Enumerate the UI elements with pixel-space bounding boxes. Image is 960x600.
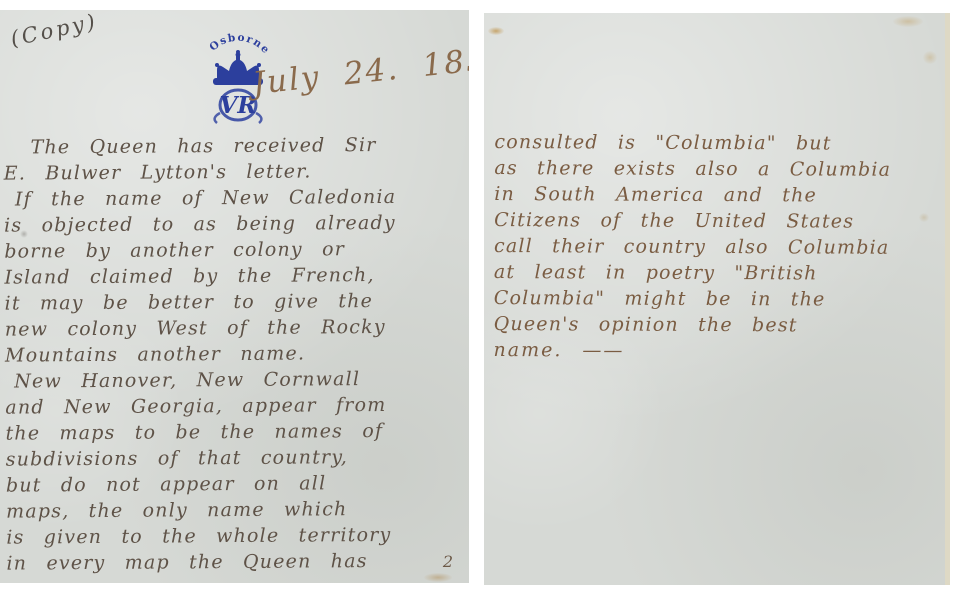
handwritten-line: new colony West of the Rocky xyxy=(0,313,469,342)
letter-page-1: (Copy) Osborne VR July 24. 1858. xyxy=(0,10,469,583)
handwritten-line: borne by another colony or xyxy=(0,235,468,264)
handwritten-line: but do not appear on all xyxy=(1,469,469,498)
handwritten-line: Queen's opinion the best xyxy=(484,311,945,339)
handwritten-line: maps, the only name which xyxy=(1,495,469,524)
handwritten-line: Island claimed by the French, xyxy=(0,261,469,290)
handwritten-line: name. —— xyxy=(484,337,945,365)
screenshot-root: { "letter": { "page1": { "copy_annotatio… xyxy=(0,0,960,600)
handwritten-line: in South America and the xyxy=(484,181,945,209)
handwritten-line: it may be better to give the xyxy=(0,287,469,316)
handwritten-line: Citizens of the United States xyxy=(484,207,945,235)
copy-annotation: (Copy) xyxy=(8,10,99,51)
letter-date: July 24. 1858. xyxy=(251,38,469,102)
foxing-spot xyxy=(20,230,28,238)
page-number-mark: 2 xyxy=(443,552,453,571)
handwritten-line: in every map the Queen has xyxy=(1,547,469,576)
svg-text:VR: VR xyxy=(220,92,257,119)
crest-place-text: Osborne xyxy=(207,32,272,57)
handwritten-line: E. Bulwer Lytton's letter. xyxy=(0,157,468,186)
handwritten-line: consulted is "Columbia" but xyxy=(484,129,945,157)
handwritten-line: New Hanover, New Cornwall xyxy=(0,365,469,394)
letter-page-2: consulted is "Columbia" but as there exi… xyxy=(484,13,950,585)
handwritten-line: If the name of New Caledonia xyxy=(0,183,468,212)
letter-body-page2: consulted is "Columbia" but as there exi… xyxy=(484,129,946,365)
foxing-spot xyxy=(923,51,937,64)
handwritten-line: and New Georgia, appear from xyxy=(0,391,469,420)
handwritten-line: Columbia" might be in the xyxy=(484,285,945,313)
handwritten-line: is given to the whole territory xyxy=(1,521,469,550)
handwritten-line: The Queen has received Sir xyxy=(0,131,468,160)
handwritten-line: Mountains another name. xyxy=(0,339,469,368)
handwritten-line: as there exists also a Columbia xyxy=(484,155,945,183)
foxing-spot xyxy=(893,16,923,27)
foxing-spot xyxy=(919,213,929,222)
handwritten-line: call their country also Columbia xyxy=(484,233,945,261)
handwritten-line: subdivisions of that country, xyxy=(1,443,469,472)
foxing-spot xyxy=(488,27,504,35)
letter-body-page1: The Queen has received Sir E. Bulwer Lyt… xyxy=(0,131,469,576)
handwritten-line: at least in poetry "British xyxy=(484,259,945,287)
handwritten-line: is objected to as being already xyxy=(0,209,468,238)
foxing-spot xyxy=(424,573,452,582)
handwritten-line: the maps to be the names of xyxy=(0,417,469,446)
